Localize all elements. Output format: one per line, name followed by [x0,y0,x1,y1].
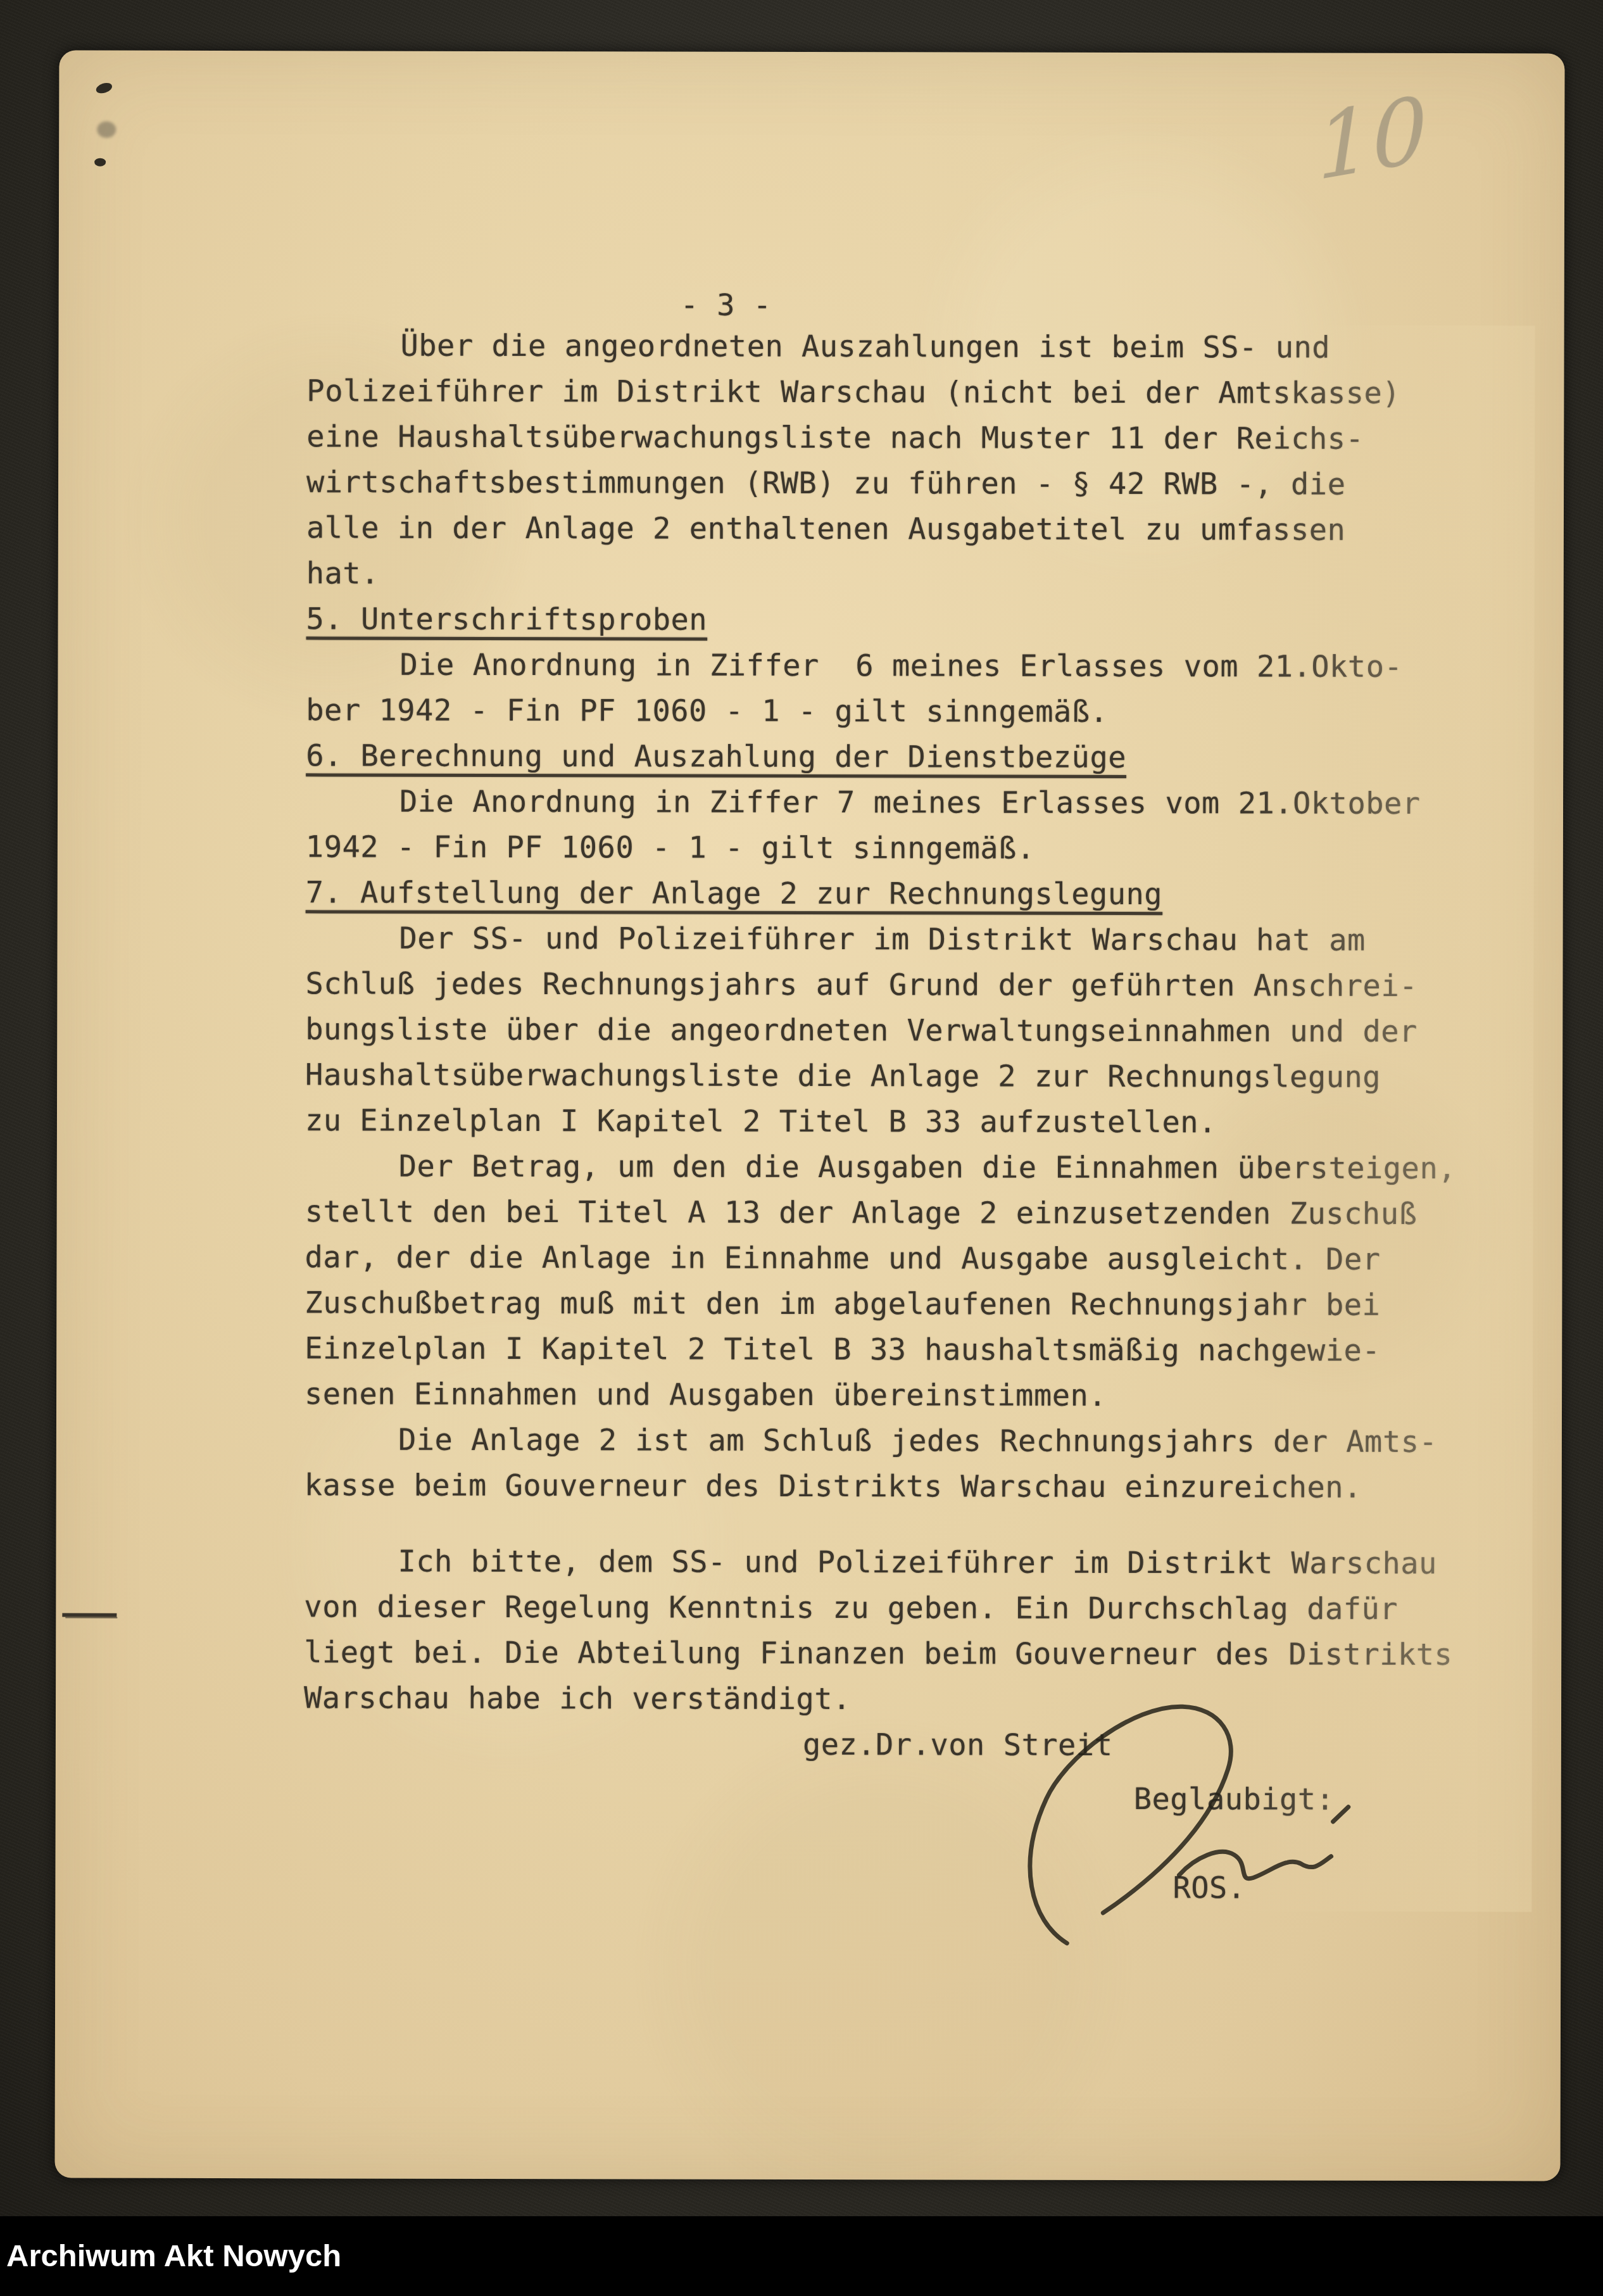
doc-line: bungsliste über die angeordneten Verwalt… [305,1007,1533,1055]
ink-smudge [97,122,116,138]
doc-line: 5. Unterschriftsproben [306,596,1535,645]
doc-line: Der SS- und Polizeiführer im Distrikt Wa… [306,916,1534,964]
doc-line: kasse beim Gouverneur des Distrikts Wars… [305,1463,1533,1511]
doc-line: Zuschußbetrag muß mit den im abgelaufene… [305,1280,1533,1328]
doc-line: alle in der Anlage 2 enthaltenen Ausgabe… [306,505,1535,553]
doc-line: Ich bitte, dem SS- und Polizeiführer im … [304,1539,1532,1587]
doc-line: wirtschaftsbestimmungen (RWB) zu führen … [306,460,1535,508]
doc-line: dar, der die Anlage in Einnahme und Ausg… [305,1235,1533,1283]
doc-line: von dieser Regelung Kenntnis zu geben. E… [304,1584,1532,1632]
doc-line: Über die angeordneten Auszahlungen ist b… [306,323,1535,371]
doc-line: 6. Berechnung und Auszahlung der Dienstb… [306,733,1534,781]
margin-dash-mark [62,1613,116,1617]
archive-name-label: Archiwum Akt Nowych [6,2238,341,2274]
doc-line: liegt bei. Die Abteilung Finanzen beim G… [304,1630,1532,1678]
doc-line: 1942 - Fin PF 1060 - 1 - gilt sinngemäß. [306,824,1534,873]
paper-sheet: 10 - 3 - Über die angeordneten Auszahlun… [54,51,1564,2181]
doc-line: Haushaltsüberwachungsliste die Anlage 2 … [305,1052,1533,1101]
doc-line: eine Haushaltsüberwachungsliste nach Mus… [306,414,1535,462]
doc-line: Die Anordnung in Ziffer 7 meines Erlasse… [306,779,1534,827]
handwritten-signature [1005,1674,1385,1978]
pencil-page-annotation: 10 [1315,78,1430,201]
doc-line: Schluß jedes Rechnungsjahrs auf Grund de… [305,961,1533,1009]
ink-spot [94,158,106,167]
doc-line: Die Anordnung in Ziffer 6 meines Erlasse… [306,642,1534,690]
doc-line: ber 1942 - Fin PF 1060 - 1 - gilt sinnge… [306,688,1534,736]
doc-line: Polizeiführer im Distrikt Warschau (nich… [306,369,1535,417]
doc-line: 7. Aufstellung der Anlage 2 zur Rechnung… [306,870,1534,918]
ink-spot [95,81,113,95]
doc-line: Einzelplan I Kapitel 2 Titel B 33 hausha… [305,1326,1533,1374]
typed-page-number: - 3 - [681,288,772,323]
doc-line: stellt den bei Titel A 13 der Anlage 2 e… [305,1189,1533,1237]
doc-line: zu Einzelplan I Kapitel 2 Titel B 33 auf… [305,1098,1533,1146]
archive-footer-bar: Archiwum Akt Nowych [0,2216,1603,2296]
doc-line: senen Einnahmen und Ausgaben übereinstim… [305,1372,1533,1420]
doc-line: Der Betrag, um den die Ausgaben die Einn… [305,1144,1533,1192]
scanned-document-page: 10 - 3 - Über die angeordneten Auszahlun… [0,0,1603,2296]
doc-line: hat. [306,551,1535,599]
doc-line: Die Anlage 2 ist am Schluß jedes Rechnun… [305,1417,1533,1465]
